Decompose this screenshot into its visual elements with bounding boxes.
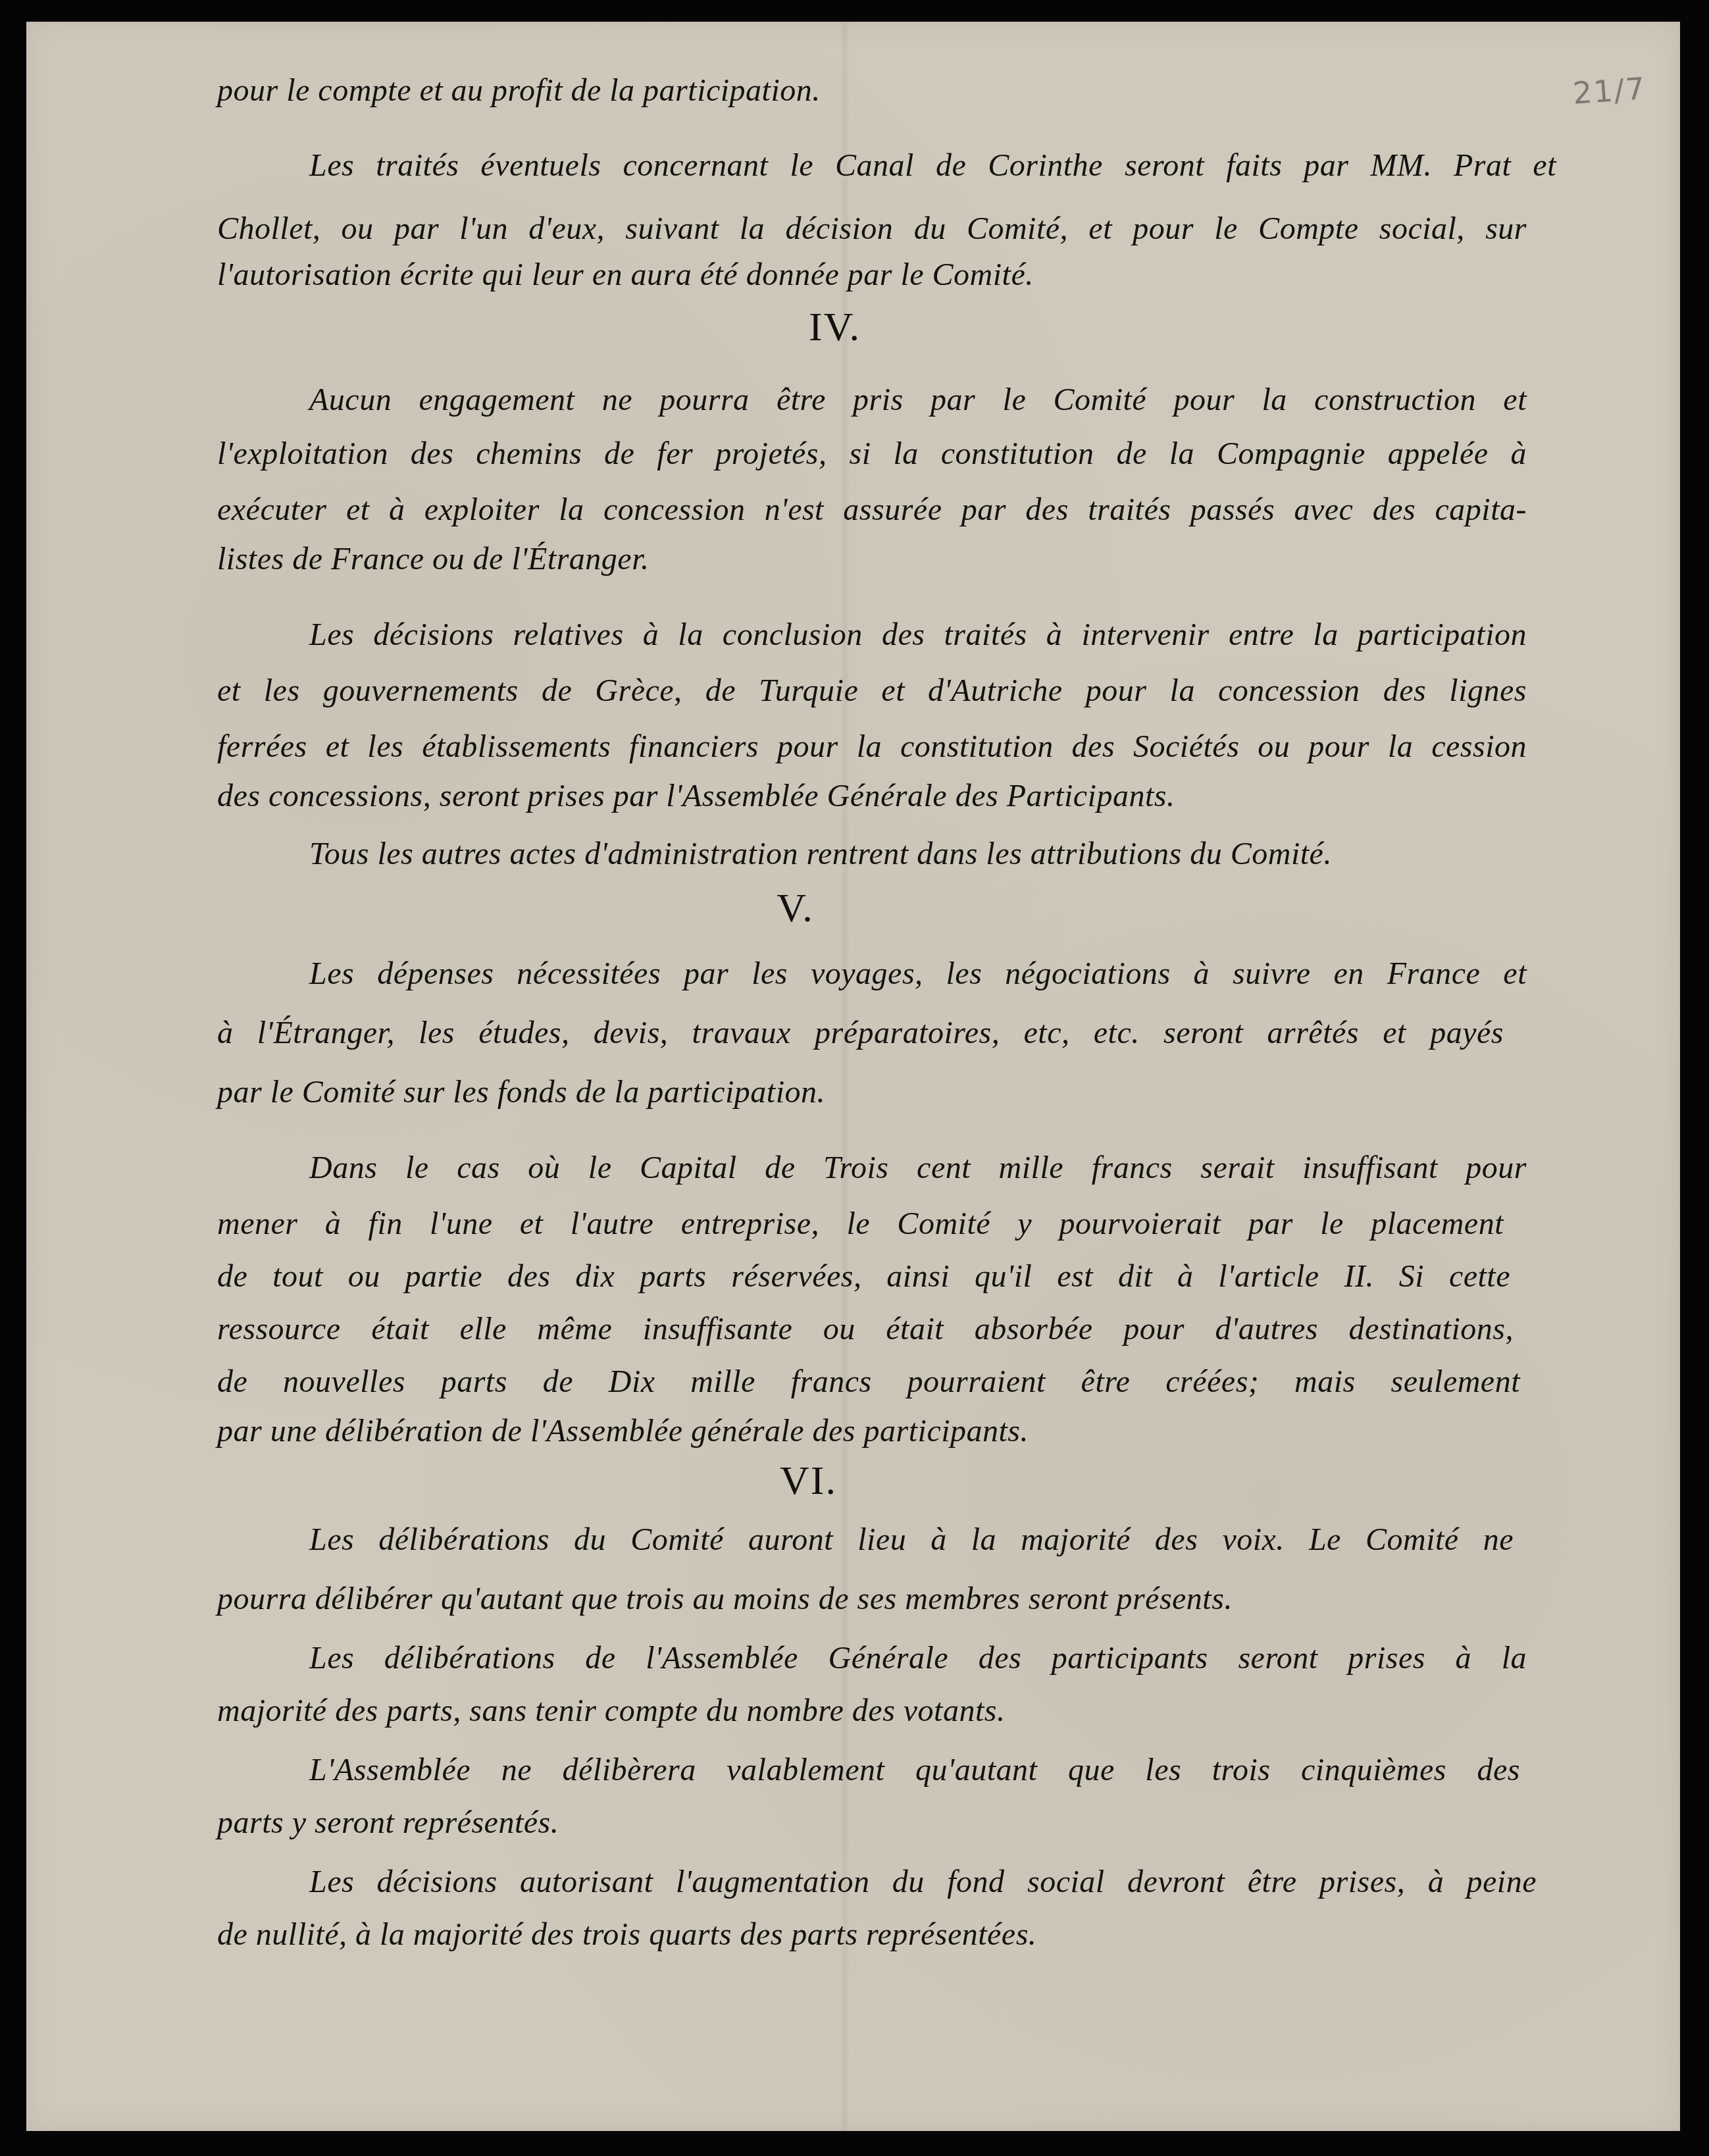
text-line: Les dépenses nécessitées par les voyages… <box>309 954 1527 994</box>
text-line: de nullité, à la majorité des trois quar… <box>217 1915 1036 1955</box>
text-line: majorité des parts, sans tenir compte du… <box>217 1691 1005 1731</box>
text-line: Les traités éventuels concernant le Cana… <box>309 146 1556 186</box>
text-line: ferrées et les établissements financiers… <box>217 727 1527 767</box>
text-line: Les délibérations de l'Assemblée Général… <box>309 1639 1527 1678</box>
text-line: parts y seront représentés. <box>217 1803 559 1843</box>
text-line: ressource était elle même insuffisante o… <box>217 1310 1514 1349</box>
article-heading-vi: VI. <box>0 1458 1663 1504</box>
text-line: de nouvelles parts de Dix mille francs p… <box>217 1362 1520 1402</box>
text-line: Les décisions autorisant l'augmentation … <box>309 1862 1537 1902</box>
text-line: l'exploitation des chemins de fer projet… <box>217 434 1527 474</box>
text-line: l'autorisation écrite qui leur en aura é… <box>217 255 1034 295</box>
text-line: Aucun engagement ne pourra être pris par… <box>309 380 1527 420</box>
text-line: listes de France ou de l'Étranger. <box>217 540 650 579</box>
text-line: Les délibérations du Comité auront lieu … <box>309 1520 1514 1560</box>
text-line: par le Comité sur les fonds de la partic… <box>217 1073 825 1112</box>
text-line: et les gouvernements de Grèce, de Turqui… <box>217 671 1527 711</box>
text-line: Dans le cas où le Capital de Trois cent … <box>309 1148 1527 1188</box>
text-line: exécuter et à exploiter la concession n'… <box>217 490 1527 530</box>
text-line: des concessions, seront prises par l'Ass… <box>217 777 1175 816</box>
text-line: pour le compte et au profit de la partic… <box>217 71 821 111</box>
folio-number: 21/7 <box>1571 70 1647 111</box>
text-line: L'Assemblée ne délibèrera valablement qu… <box>309 1751 1520 1790</box>
text-line: à l'Étranger, les études, devis, travaux… <box>217 1014 1504 1053</box>
text-line: pourra délibérer qu'autant que trois au … <box>217 1579 1233 1619</box>
text-line: de tout ou partie des dix parts réservée… <box>217 1257 1510 1296</box>
article-heading-v: V. <box>0 885 1650 932</box>
text-line: Tous les autres actes d'administration r… <box>309 834 1332 874</box>
text-line: Chollet, ou par l'un d'eux, suivant la d… <box>217 209 1527 249</box>
text-line: Les décisions relatives à la conclusion … <box>309 615 1527 655</box>
article-heading-iv: IV. <box>0 304 1689 351</box>
text-line: par une délibération de l'Assemblée géné… <box>217 1412 1029 1451</box>
text-line: mener à fin l'une et l'autre entreprise,… <box>217 1204 1504 1244</box>
